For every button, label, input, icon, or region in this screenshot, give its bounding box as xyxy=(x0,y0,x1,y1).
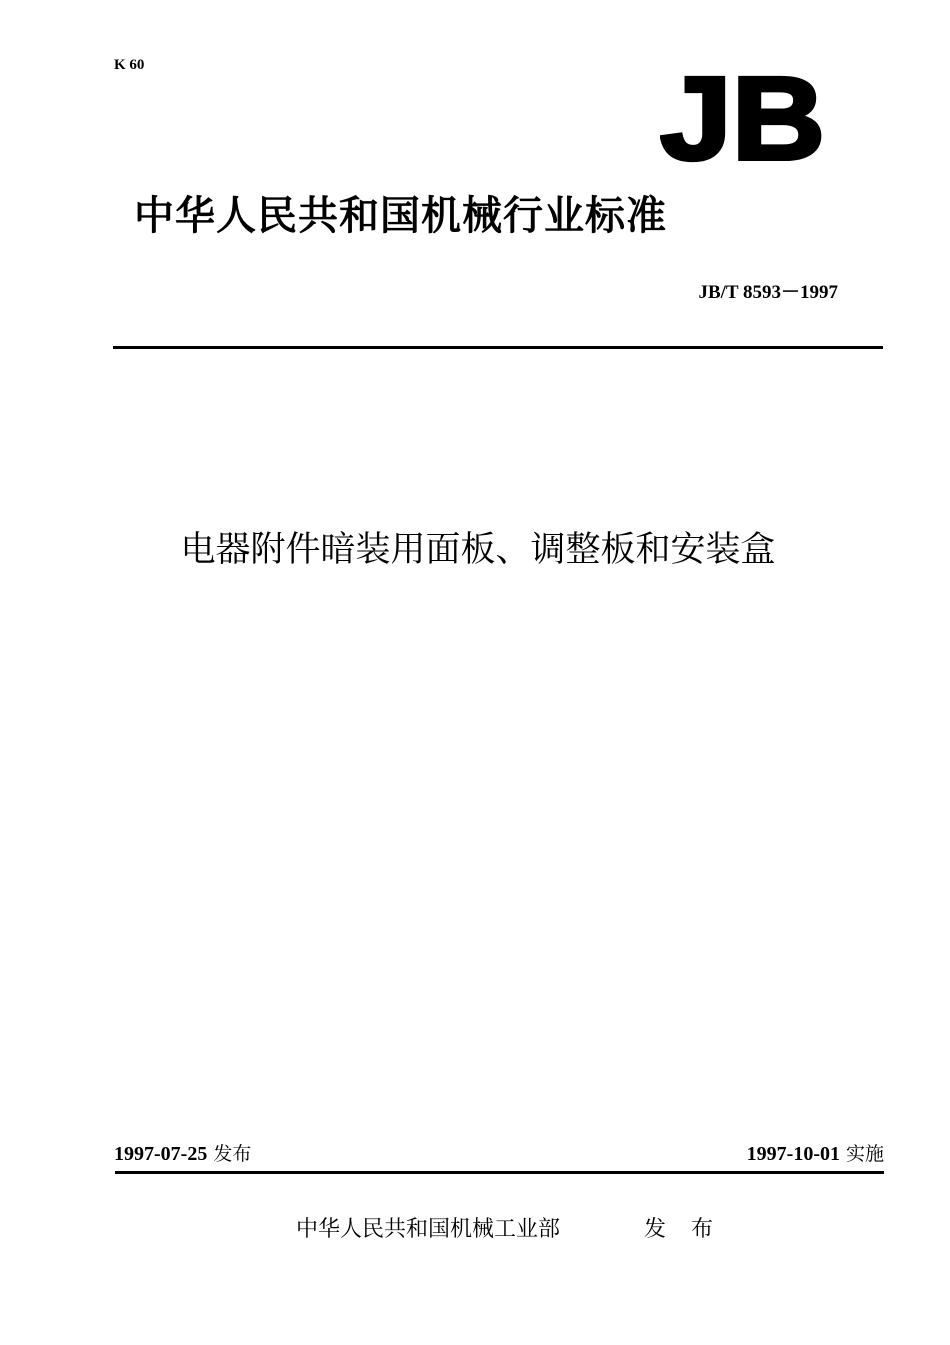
publisher: 中华人民共和国机械工业部 xyxy=(296,1215,560,1245)
classification-code: K 60 xyxy=(114,56,144,74)
standard-number: JB/T 8593－1997 xyxy=(698,282,838,304)
implementation-label: 实施 xyxy=(846,1143,884,1165)
industry-standard-title: 中华人民共和国机械行业标准 xyxy=(134,190,864,242)
publish-label: 发 布 xyxy=(644,1215,722,1245)
jb-logo-text: JB xyxy=(660,62,825,172)
issue-date: 1997-07-25 xyxy=(114,1143,207,1165)
issue-label: 发布 xyxy=(213,1143,251,1165)
implementation-date: 1997-10-01 xyxy=(747,1143,840,1165)
jb-logo: JB xyxy=(660,62,830,172)
implementation-date-block: 1997-10-01实施 xyxy=(747,1142,884,1166)
document-title: 电器附件暗装用面板、调整板和安装盒 xyxy=(0,526,950,574)
bottom-divider xyxy=(115,1171,884,1174)
top-divider xyxy=(113,346,883,349)
issue-date-block: 1997-07-25发布 xyxy=(114,1142,251,1166)
